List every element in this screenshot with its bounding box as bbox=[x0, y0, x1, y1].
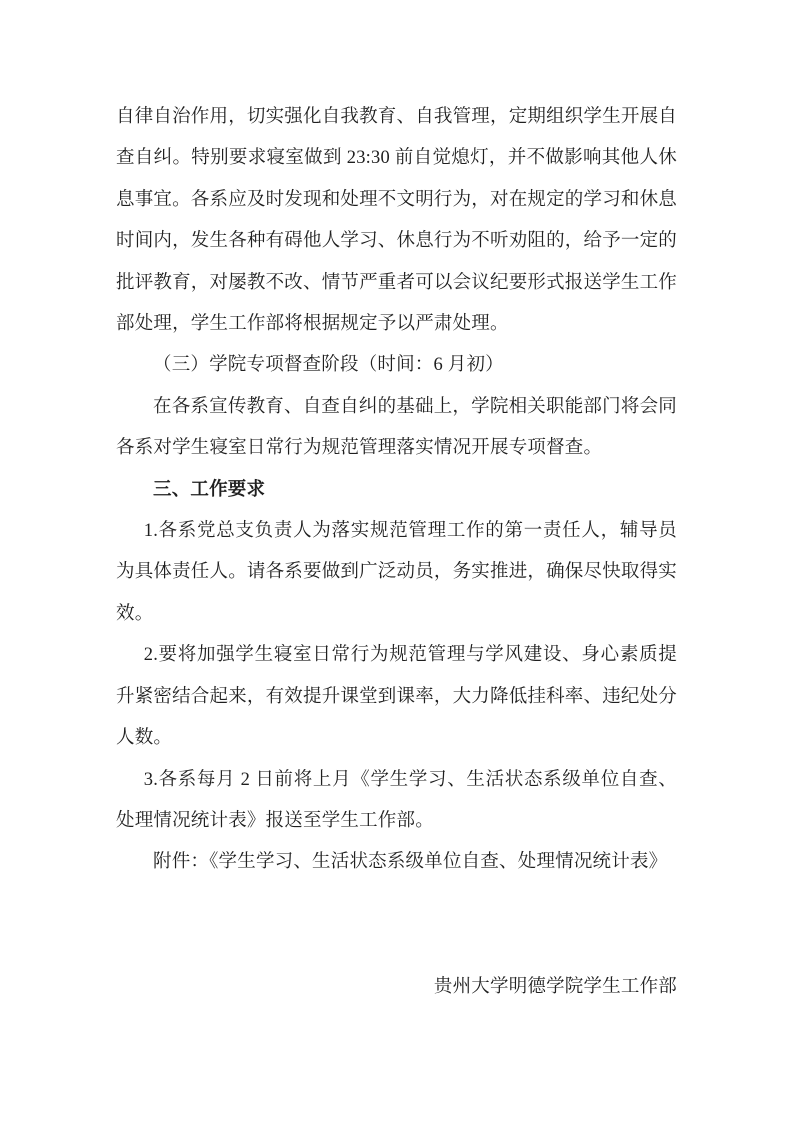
signature-department: 贵州大学明德学院学生工作部 bbox=[116, 967, 677, 1008]
heading-work-requirements: 三、工作要求 bbox=[116, 470, 677, 511]
requirement-item-1: 1.各系党总支负责人为落实规范管理工作的第一责任人，辅导员为具体责任人。请各系要… bbox=[116, 511, 677, 635]
requirement-item-3: 3.各系每月 2 日前将上月《学生学习、生活状态系级单位自查、处理情况统计表》报… bbox=[116, 760, 677, 843]
requirement-item-2: 2.要将加强学生寝室日常行为规范管理与学风建设、身心素质提升紧密结合起来，有效提… bbox=[116, 635, 677, 759]
document-page: 自律自治作用，切实强化自我教育、自我管理，定期组织学生开展自查自纠。特别要求寝室… bbox=[0, 0, 793, 1122]
attachment-note: 附件：《学生学习、生活状态系级单位自查、处理情况统计表》 bbox=[116, 842, 677, 883]
paragraph-special-inspection: 在各系宣传教育、自查自纠的基础上，学院相关职能部门将会同各系对学生寝室日常行为规… bbox=[116, 387, 677, 470]
section-heading-three-inspection-phase: （三）学院专项督查阶段（时间：6 月初） bbox=[116, 345, 677, 386]
paragraph-body-continuation: 自律自治作用，切实强化自我教育、自我管理，定期组织学生开展自查自纠。特别要求寝室… bbox=[116, 97, 677, 345]
